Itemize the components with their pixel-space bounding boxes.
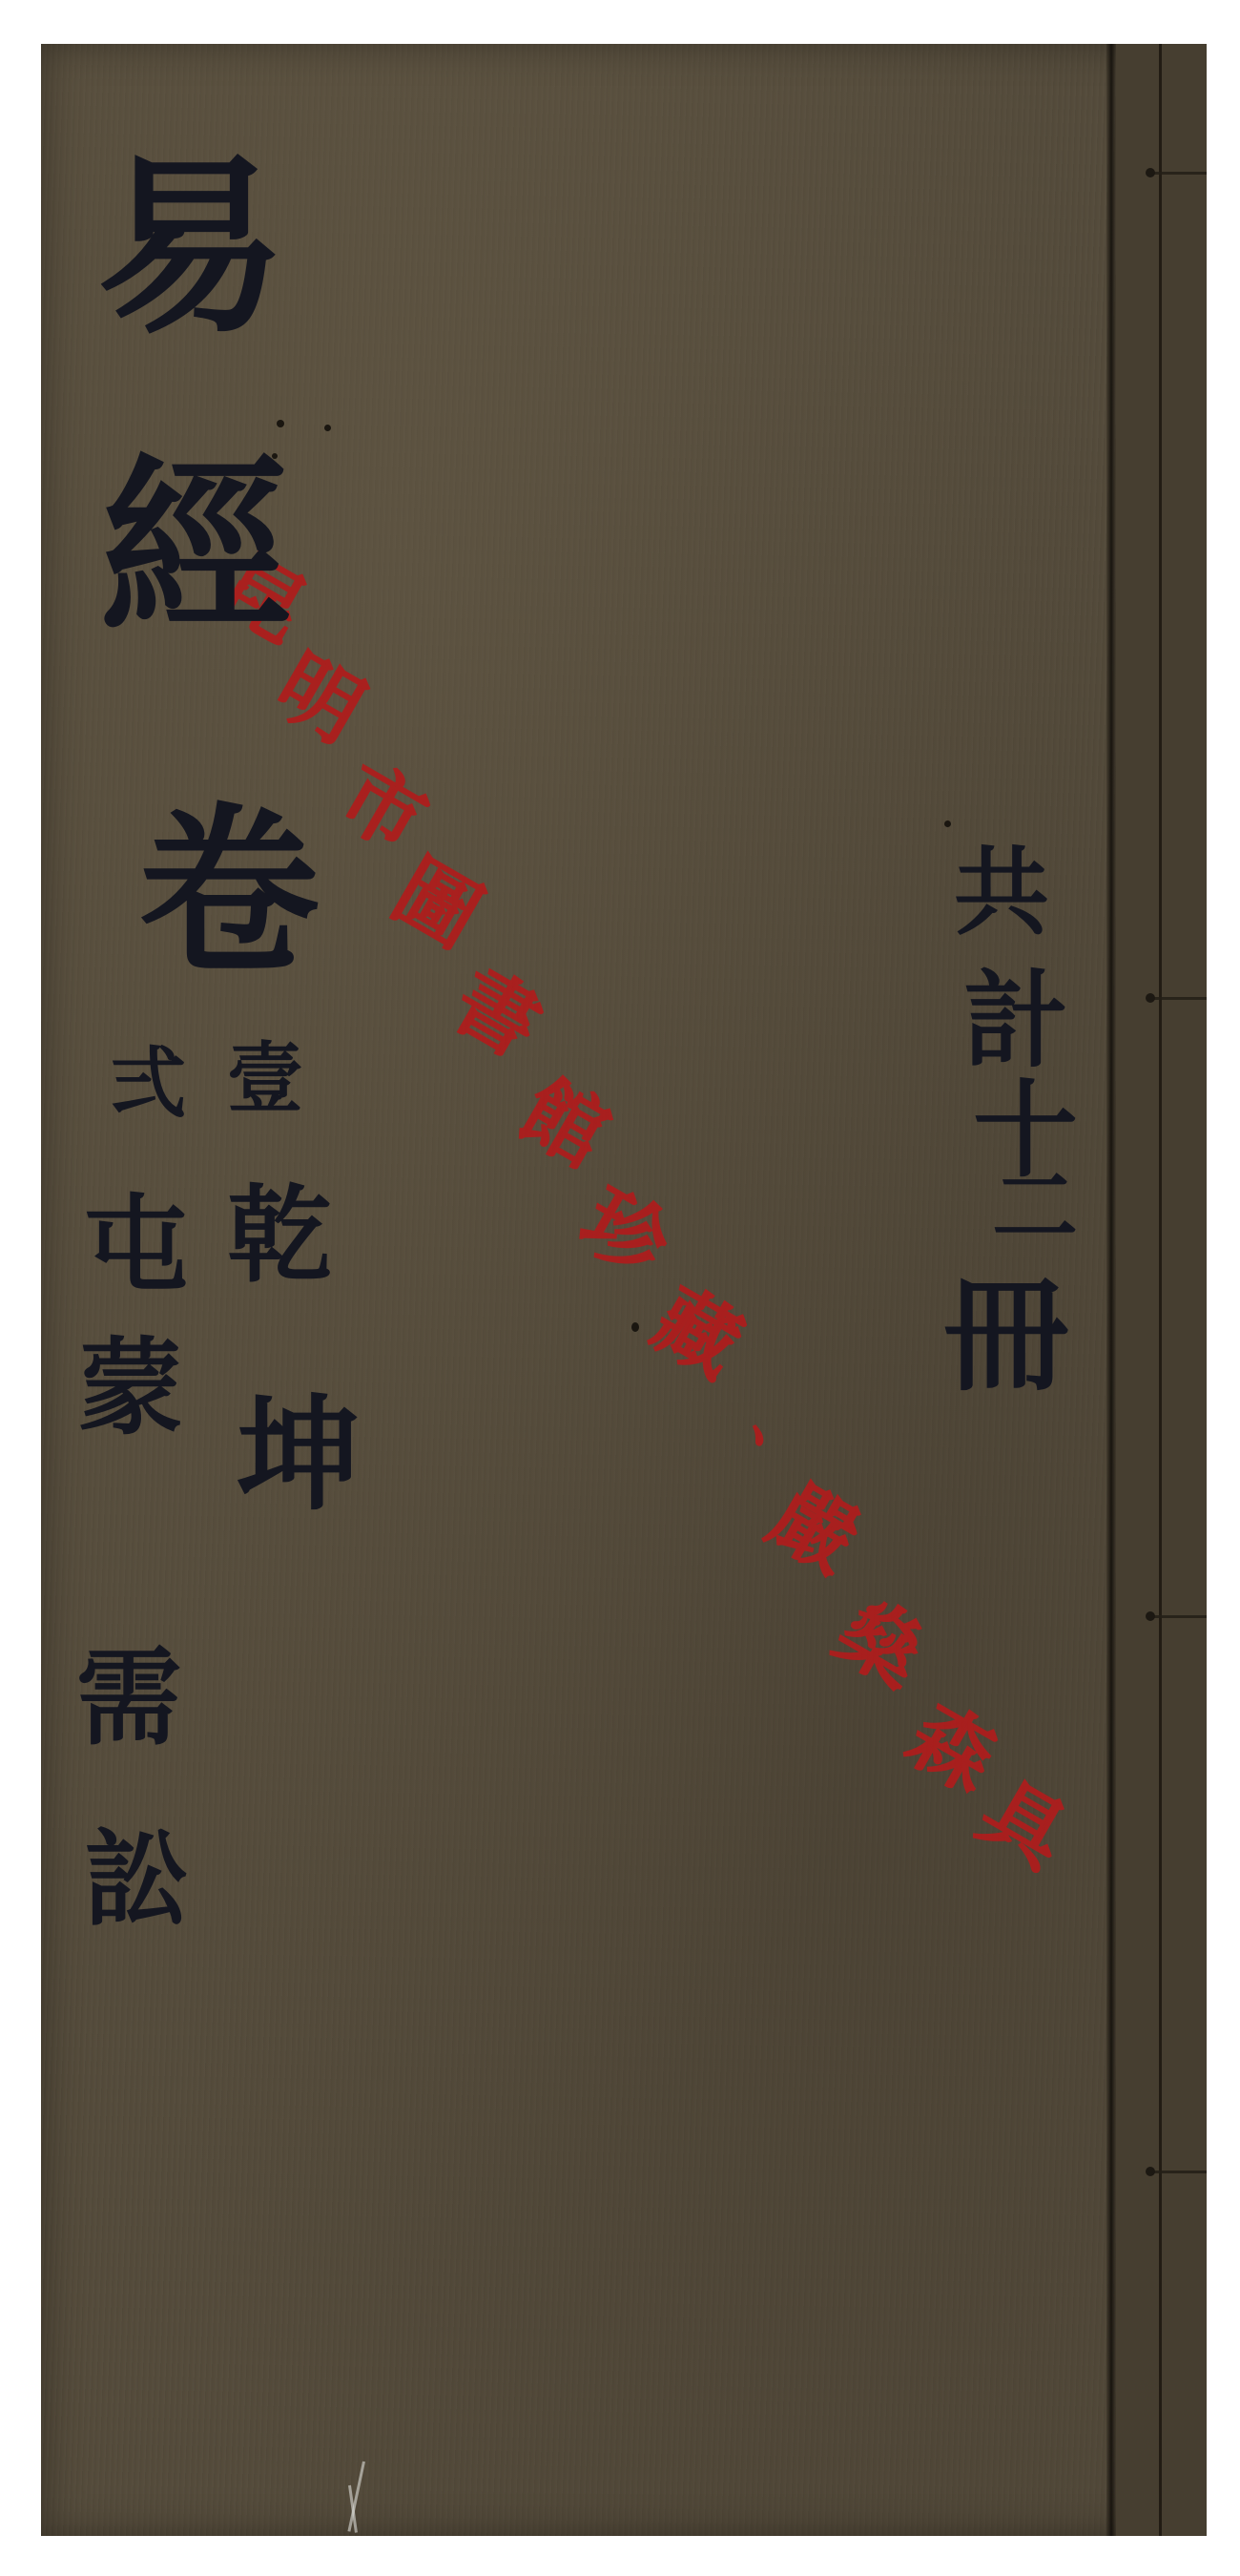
chapter-qian: 乾 [227,1183,332,1288]
volume-number-right: 壹 [227,1040,303,1116]
annotation-char: 二 [992,1164,1078,1250]
chapter-kun: 坤 [237,1393,361,1517]
ink-speck [631,1322,639,1332]
binding-stitch [1151,172,1207,175]
binding-stitch [1151,1615,1207,1618]
binding-stitch [1151,997,1207,1000]
ink-speck [324,425,331,431]
binding-stitch [1151,2171,1207,2173]
annotation-char: 計 [963,968,1068,1073]
ink-speck [272,453,278,459]
ink-speck [944,821,951,827]
title-char-jing: 經 [100,453,291,644]
chapter-zhun: 屯 [84,1193,189,1298]
volume-number-left: 弍 [110,1045,186,1121]
binding-thread-line [1159,44,1162,2536]
title-char-yi: 易 [95,153,286,343]
ink-speck [277,420,284,427]
chapter-song: 訟 [84,1827,189,1932]
title-char-jing-text: 經 [100,436,291,660]
chapter-meng: 蒙 [78,1336,183,1441]
annotation-char: 共 [954,844,1049,940]
annotation-char: 冊 [944,1274,1068,1398]
volume-label: 卷 [138,801,320,983]
spine-fold-line [1106,44,1116,2536]
chapter-xu: 需 [76,1646,181,1751]
